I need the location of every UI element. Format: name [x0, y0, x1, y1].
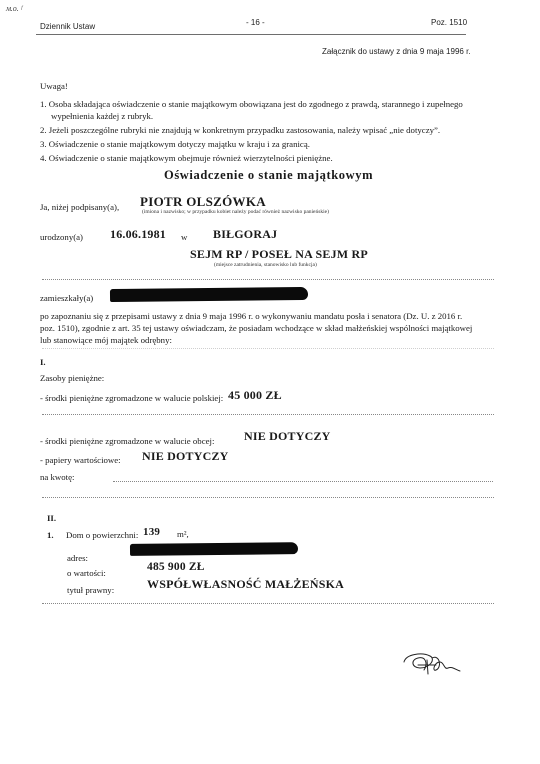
securities-value: NIE DOTYCZY — [142, 449, 229, 464]
dotted-line — [42, 603, 494, 604]
annex-note: Załącznik do ustawy z dnia 9 maja 1996 r… — [322, 47, 471, 56]
pln-funds-label: - środki pieniężne zgromadzone w walucie… — [40, 393, 223, 403]
house-area-value: 139 — [143, 526, 160, 538]
statement-line: poz. 1510), zgodnie z art. 35 tej ustawy… — [40, 322, 472, 334]
section-2-numeral: II. — [47, 513, 56, 523]
header-rule — [36, 34, 466, 35]
section-1-heading: Zasoby pieniężne: — [40, 373, 104, 383]
note-item: 1. Osoba składająca oświadczenie o stani… — [40, 98, 463, 110]
position-number: Poz. 1510 — [431, 18, 467, 27]
address-label: adres: — [67, 553, 88, 563]
note-item: 3. Oświadczenie o stanie majątkowym doty… — [40, 138, 310, 150]
employment-value: SEJM RP / POSEŁ NA SEJM RP — [190, 247, 368, 262]
note-item: 4. Oświadczenie o stanie majątkowym obej… — [40, 152, 333, 164]
house-value: 485 900 ZŁ — [147, 561, 205, 573]
dotted-line — [42, 348, 494, 349]
dotted-line — [42, 279, 494, 280]
name-caption: (imiona i nazwisko; w przypadku kobiet n… — [142, 209, 329, 215]
address-redaction — [130, 542, 298, 556]
born-place: BIŁGORAJ — [213, 227, 277, 242]
signature — [400, 650, 470, 680]
statement-line: lub stanowiące mój majątek odrębny: — [40, 334, 172, 346]
born-date: 16.06.1981 — [110, 227, 166, 242]
name-label: Ja, niżej podpisany(a), — [40, 202, 119, 212]
page-title: Oświadczenie o stanie majątkowym — [164, 168, 373, 183]
foreign-funds-value: NIE DOTYCZY — [244, 429, 331, 444]
born-label: urodzony(a) — [40, 232, 83, 242]
name-value: PIOTR OLSZÓWKA — [140, 194, 266, 210]
page-number: - 16 - — [246, 18, 265, 27]
handwritten-mark: ᴍ.ᴏ. ᶠ — [6, 4, 22, 13]
legal-title-label: tytuł prawny: — [67, 585, 114, 595]
employment-caption: (miejsce zatrudnienia, stanowisko lub fu… — [214, 262, 317, 268]
item-number: 1. — [47, 530, 54, 540]
house-value-label: o wartości: — [67, 568, 106, 578]
house-area-unit: m², — [177, 529, 189, 539]
residence-label: zamieszkały(a) — [40, 293, 93, 303]
born-in-label: w — [181, 232, 187, 242]
residence-redaction — [110, 287, 308, 302]
dotted-line — [113, 481, 493, 482]
statement-line: po zapoznaniu się z przepisami ustawy z … — [40, 310, 462, 322]
securities-label: - papiery wartościowe: — [40, 455, 121, 465]
amount-label: na kwotę: — [40, 472, 74, 482]
legal-title-value: WSPÓŁWŁASNOŚĆ MAŁŻEŃSKA — [147, 577, 344, 592]
note-item-continued: wypełnienia każdej z rubryk. — [51, 110, 153, 122]
dotted-line — [42, 414, 494, 415]
dotted-line — [42, 497, 494, 498]
pln-funds-value: 45 000 ZŁ — [228, 388, 282, 403]
publication-name: Dziennik Ustaw — [40, 22, 95, 31]
house-area-label: Dom o powierzchni: — [66, 530, 138, 540]
foreign-funds-label: - środki pieniężne zgromadzone w walucie… — [40, 436, 214, 446]
notes-heading: Uwaga! — [40, 80, 68, 92]
section-1-numeral: I. — [40, 357, 46, 367]
note-item: 2. Jeżeli poszczególne rubryki nie znajd… — [40, 124, 440, 136]
